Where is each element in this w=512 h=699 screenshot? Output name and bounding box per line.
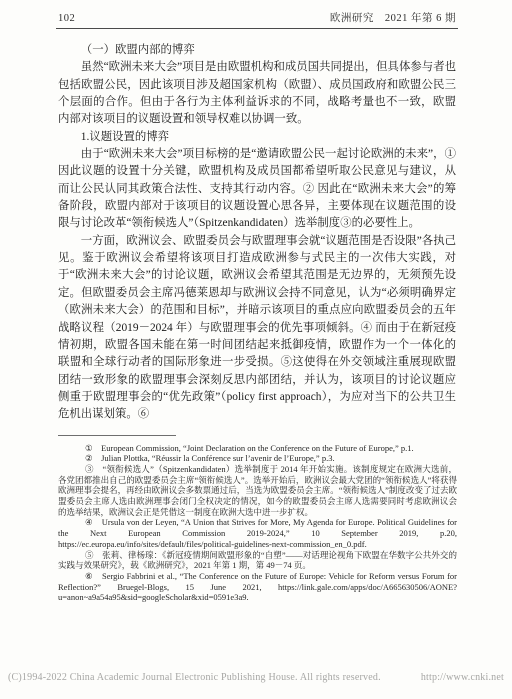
footnote: ① European Commission, “Joint Declaratio… xyxy=(58,443,457,454)
footnote: ⑤ 张莉、律杨瑔：《新冠疫情期间欧盟形象的“自塑”——对话理论视角下欧盟在华数字… xyxy=(58,550,457,571)
footnotes-block: ① European Commission, “Joint Declaratio… xyxy=(0,436,512,604)
footnote: ③ “领衔候选人”（Spitzenkandidaten）选举制度于 2014 年… xyxy=(58,464,457,518)
footnote: ⑥ Sergio Fabbrini et al., “The Conferenc… xyxy=(58,571,457,603)
paragraph: 由于“欧洲未来大会”项目标榜的是“邀请欧盟公民一起讨论欧洲的未来”，①因此议题的… xyxy=(58,146,456,233)
paragraph: 虽然“欧洲未来大会”项目是由欧盟机构和成员国共同提出，但具体参与者也包括欧盟公民… xyxy=(58,59,456,128)
copyright-notice: (C)1994-2022 China Academic Journal Elec… xyxy=(8,672,381,683)
page-number: 102 xyxy=(58,13,75,24)
cnki-url: http://www.cnki.net xyxy=(421,672,504,683)
paragraph: 一方面，欧洲议会、欧盟委员会与欧盟理事会就“议题范围是否设限”各执己见。鉴于欧洲… xyxy=(58,233,456,424)
article-body: （一）欧盟内部的博弈 虽然“欧洲未来大会”项目是由欧盟机构和成员国共同提出，但具… xyxy=(0,29,512,424)
journal-title: 欧洲研究 2021 年第 6 期 xyxy=(330,10,456,25)
scanned-journal-page: 102 欧洲研究 2021 年第 6 期 （一）欧盟内部的博弈 虽然“欧洲未来大… xyxy=(0,0,512,699)
cnki-footer: (C)1994-2022 China Academic Journal Elec… xyxy=(8,672,504,683)
section-heading: （一）欧盟内部的博弈 xyxy=(58,42,456,59)
page-header: 102 欧洲研究 2021 年第 6 期 xyxy=(0,0,512,25)
footnote: ④ Ursula von der Leyen, “A Union that St… xyxy=(58,517,457,549)
footnote: ② Julian Plottka, “Réussir la Conférence… xyxy=(58,453,457,464)
subsection-heading: 1.议题设置的博弈 xyxy=(58,129,456,146)
